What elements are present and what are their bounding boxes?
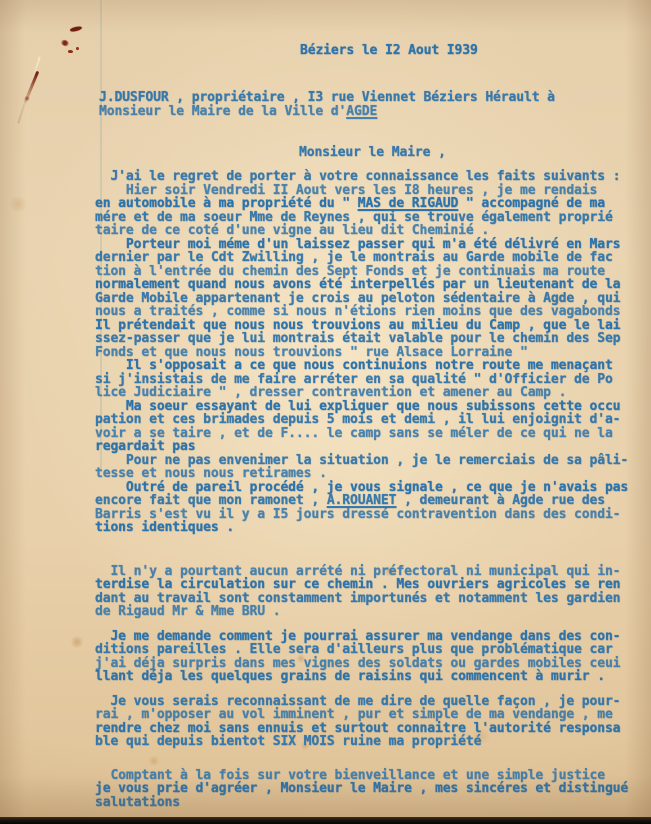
letter-line: rendre chez moi sans ennuis et surtout c… — [95, 722, 628, 736]
rust-stain — [76, 47, 79, 50]
letter-line: Pour ne pas envenimer la situation , je … — [95, 454, 628, 468]
letter-line: Il n'y a pourtant aucun arrété ni préfec… — [95, 565, 628, 579]
letter-line: voir a se taire , et de F.... le camp sa… — [95, 427, 628, 441]
letter-body: J'ai le regret de porter à votre connais… — [95, 170, 628, 809]
letter-line: Outré de pareil procédé , je vous signal… — [95, 481, 628, 495]
letter-line: je vous prie d'agréer , Monsieur le Mair… — [95, 782, 628, 796]
letter-line: Il prétendait que nous nous trouvions au… — [95, 319, 628, 333]
letter-line: J'ai le regret de porter à votre connais… — [95, 170, 628, 184]
paragraph: Je vous serais reconnaissant de me dire … — [95, 695, 628, 749]
paragraph: Comptant à la fois sur votre bienveillan… — [95, 769, 628, 810]
paragraph: Il n'y a pourtant aucun arrété ni préfec… — [95, 565, 628, 619]
paragraph: Je me demande comment je pourrai assurer… — [95, 630, 628, 684]
letter-line: encore fait que mon ramonet , A.ROUANET … — [95, 494, 628, 508]
letter-page: Béziers le I2 Aout I939 J.DUSFOUR , prop… — [0, 0, 651, 824]
letter-line: dernier par le Cdt Zwilling , je le mont… — [95, 251, 628, 265]
letter-line: salutations — [95, 796, 628, 810]
recipient-line: Monsieur le Maire de la Ville d'AGDE — [99, 105, 555, 119]
letter-line: pation et ces brimades depuis 5 mois et … — [95, 413, 628, 427]
letter-line: Comptant à la fois sur votre bienveillan… — [95, 769, 628, 783]
letter-line: de Rigaud Mr & Mme BRU . — [95, 605, 628, 619]
letter-line: ssez-passer que je lui montrais était va… — [95, 332, 628, 346]
letter-line: taire de ce coté d'une vigne au lieu dit… — [95, 224, 628, 238]
letter-line: ditions pareilles . Elle sera d'ailleurs… — [95, 643, 628, 657]
letter-line: Monsieur le Maire de la Ville d'AGDE — [99, 105, 555, 119]
letter-line: j'ai déja surpris dans mes vignes des so… — [95, 657, 628, 671]
letter-line: Hier soir Vendredi II Aout vers les I8 h… — [95, 184, 628, 198]
letter-line: Je me demande comment je pourrai assurer… — [95, 630, 628, 644]
foxing-stain — [8, 196, 28, 212]
letter-line: mére et de ma soeur Mme de Reynes , qui … — [95, 211, 628, 225]
foxing-stain — [70, 636, 84, 648]
letter-line: normalement quand nous avons été interpe… — [95, 278, 628, 292]
letter-line: Porteur moi méme d'un laissez passer qui… — [95, 238, 628, 252]
letter-line: Barris s'est vu il y a I5 jours dressé c… — [95, 508, 628, 522]
letter-line: Ma soeur essayant de lui expliquer que n… — [95, 400, 628, 414]
letter-line: Il s'opposait a ce que nous continuions … — [95, 359, 628, 373]
letter-line: regardait pas — [95, 440, 628, 454]
letter-line: rai , m'opposer au vol imminent , pur et… — [95, 708, 628, 722]
letter-line: si j'insistais de me faire arréter en sa… — [95, 373, 628, 387]
date-line: Béziers le I2 Aout I939 — [300, 44, 478, 58]
letter-line: tions identiques . — [95, 521, 628, 535]
letter-line: tesse et nous nous retirames . — [95, 467, 628, 481]
rust-stain — [70, 26, 83, 33]
letter-line: nous a traités , comme si nous n'étions … — [95, 305, 628, 319]
sender-address-block: J.DUSFOUR , propriétaire , I3 rue Vienne… — [99, 91, 555, 118]
letter-line: lice Judiciaire " , dresser contraventio… — [95, 386, 628, 400]
letter-line: Garde Mobile appartenant je crois au pel… — [95, 292, 628, 306]
letter-line: ble qui depuis bientot SIX MOIS ruine ma… — [95, 735, 628, 749]
scan-edge-strip — [0, 817, 651, 824]
sender-line: J.DUSFOUR , propriétaire , I3 rue Vienne… — [99, 91, 555, 105]
letter-line: Je vous serais reconnaissant de me dire … — [95, 695, 628, 709]
rust-stain — [68, 50, 73, 53]
paragraph: J'ai le regret de porter à votre connais… — [95, 170, 628, 535]
letter-line: dant au travail sont constamment importu… — [95, 592, 628, 606]
letter-line: llant déja les quelques grains de raisin… — [95, 670, 628, 684]
letter-line: en automobile à ma propriété du " MAS de… — [95, 197, 628, 211]
rust-stain — [24, 96, 30, 101]
letter-line: Fonds et que nous nous trouvions " rue A… — [95, 346, 628, 360]
letter-line: terdise la circulation sur ce chemin . M… — [95, 578, 628, 592]
letter-line: tion à l'entrée du chemin des Sept Fonds… — [95, 265, 628, 279]
rust-stain — [60, 39, 70, 47]
salutation: Monsieur le Maire , — [299, 146, 446, 160]
